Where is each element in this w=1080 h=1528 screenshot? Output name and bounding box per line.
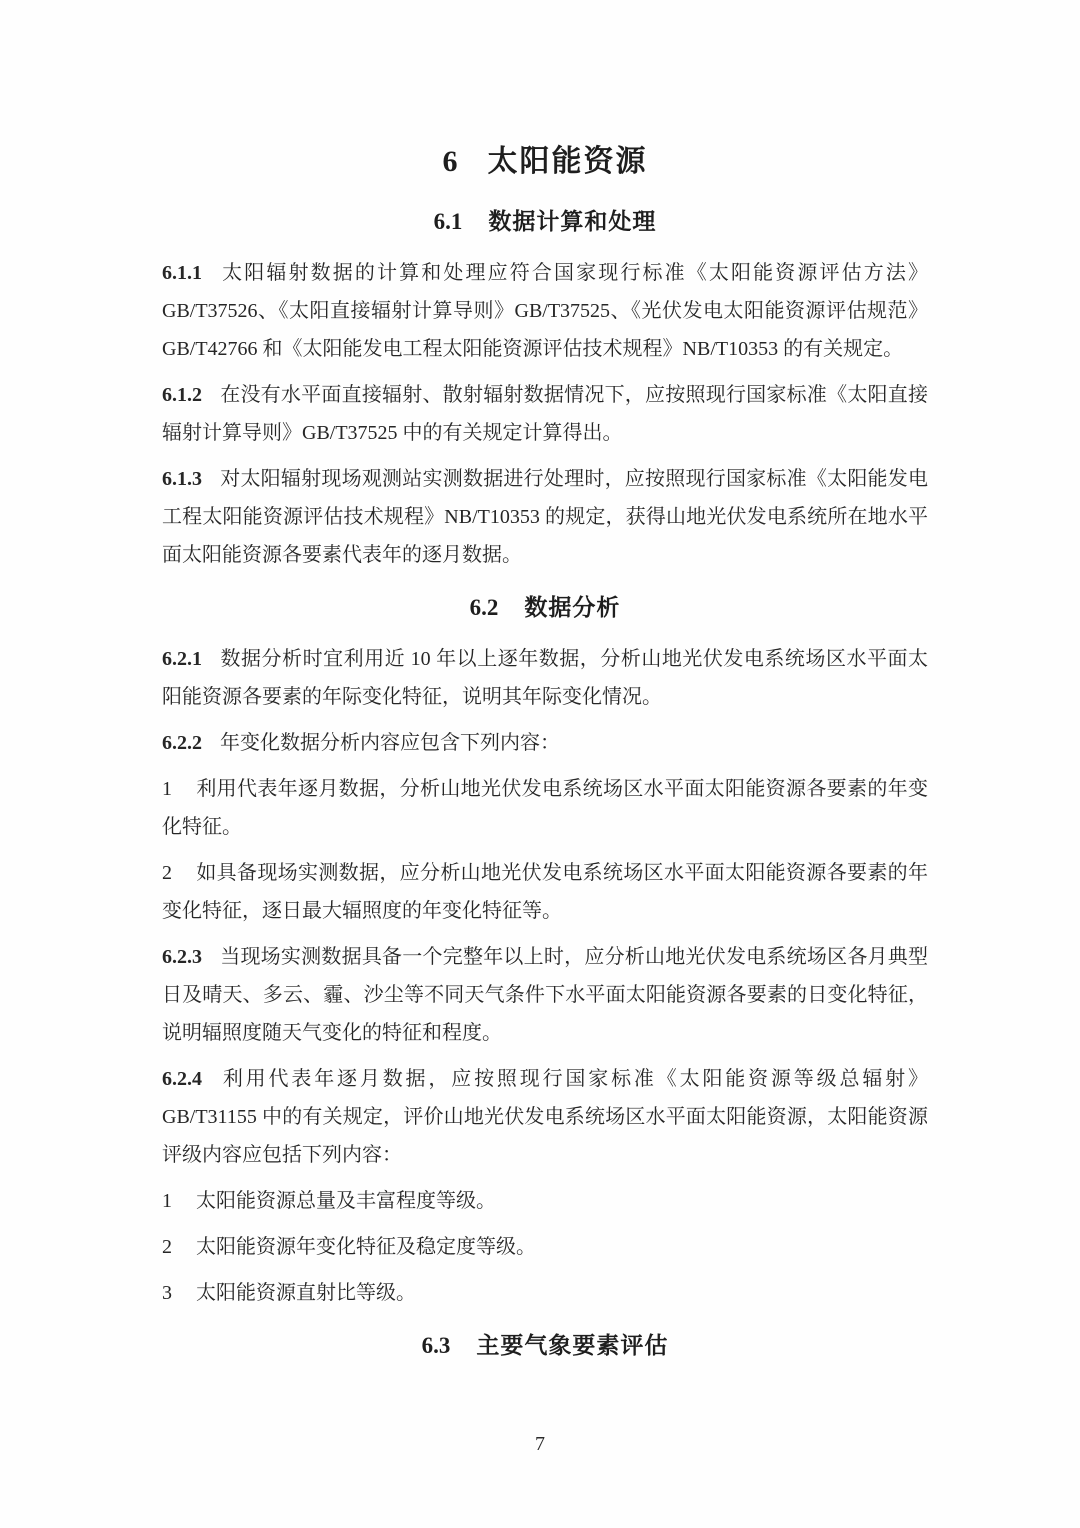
section-title-text: 主要气象要素评估 bbox=[476, 1333, 668, 1359]
paragraph-6-2-4: 6.2.4利用代表年逐月数据，应按照现行国家标准《太阳能资源等级总辐射》GB/T… bbox=[162, 1060, 928, 1174]
list-item-6-2-2-2: 2如具备现场实测数据，应分析山地光伏发电系统场区水平面太阳能资源各要素的年变化特… bbox=[162, 854, 928, 930]
section-number: 6.3 bbox=[422, 1333, 451, 1358]
section-heading-6-3: 6.3主要气象要素评估 bbox=[162, 1330, 928, 1362]
section-number: 6.1 bbox=[434, 209, 463, 234]
paragraph-6-2-1: 6.2.1数据分析时宜利用近 10 年以上逐年数据，分析山地光伏发电系统场区水平… bbox=[162, 640, 928, 716]
section-heading-6-2: 6.2数据分析 bbox=[162, 592, 928, 624]
list-item-6-2-2-1: 1利用代表年逐月数据，分析山地光伏发电系统场区水平面太阳能资源各要素的年变化特征… bbox=[162, 770, 928, 846]
paragraph-6-1-1: 6.1.1太阳辐射数据的计算和处理应符合国家现行标准《太阳能资源评估方法》GB/… bbox=[162, 254, 928, 368]
paragraph-text: 在没有水平面直接辐射、散射辐射数据情况下，应按照现行国家标准《太阳直接辐射计算导… bbox=[162, 384, 928, 444]
paragraph-6-2-2: 6.2.2年变化数据分析内容应包含下列内容： bbox=[162, 724, 928, 762]
paragraph-text: 当现场实测数据具备一个完整年以上时，应分析山地光伏发电系统场区各月典型日及晴天、… bbox=[162, 946, 928, 1044]
page-number: 7 bbox=[0, 1433, 1080, 1456]
list-item-text: 利用代表年逐月数据，分析山地光伏发电系统场区水平面太阳能资源各要素的年变化特征。 bbox=[162, 778, 928, 838]
paragraph-text: 对太阳辐射现场观测站实测数据进行处理时，应按照现行国家标准《太阳能发电工程太阳能… bbox=[162, 468, 928, 566]
paragraph-number: 6.1.3 bbox=[162, 468, 202, 490]
page-content: 6太阳能资源 6.1数据计算和处理 6.1.1太阳辐射数据的计算和处理应符合国家… bbox=[0, 0, 1080, 1362]
list-item-6-2-4-2: 2太阳能资源年变化特征及稳定度等级。 bbox=[162, 1228, 928, 1266]
paragraph-6-1-2: 6.1.2在没有水平面直接辐射、散射辐射数据情况下，应按照现行国家标准《太阳直接… bbox=[162, 376, 928, 452]
paragraph-text: 太阳辐射数据的计算和处理应符合国家现行标准《太阳能资源评估方法》GB/T3752… bbox=[162, 262, 928, 360]
paragraph-number: 6.2.4 bbox=[162, 1068, 202, 1090]
list-item-number: 1 bbox=[162, 1190, 172, 1212]
paragraph-number: 6.1.1 bbox=[162, 262, 202, 284]
section-number: 6.2 bbox=[470, 595, 499, 620]
list-item-number: 3 bbox=[162, 1282, 172, 1304]
paragraph-number: 6.2.3 bbox=[162, 946, 202, 968]
list-item-text: 如具备现场实测数据，应分析山地光伏发电系统场区水平面太阳能资源各要素的年变化特征… bbox=[162, 862, 928, 922]
list-item-number: 2 bbox=[162, 1236, 172, 1258]
document-page: 6太阳能资源 6.1数据计算和处理 6.1.1太阳辐射数据的计算和处理应符合国家… bbox=[0, 0, 1080, 1528]
paragraph-6-2-3: 6.2.3当现场实测数据具备一个完整年以上时，应分析山地光伏发电系统场区各月典型… bbox=[162, 938, 928, 1052]
chapter-title: 6太阳能资源 bbox=[162, 142, 928, 182]
section-heading-6-1: 6.1数据计算和处理 bbox=[162, 206, 928, 238]
paragraph-text: 数据分析时宜利用近 10 年以上逐年数据，分析山地光伏发电系统场区水平面太阳能资… bbox=[162, 648, 928, 708]
list-item-number: 2 bbox=[162, 862, 172, 884]
list-item-text: 太阳能资源年变化特征及稳定度等级。 bbox=[196, 1236, 536, 1258]
list-item-6-2-4-1: 1太阳能资源总量及丰富程度等级。 bbox=[162, 1182, 928, 1220]
paragraph-text: 利用代表年逐月数据，应按照现行国家标准《太阳能资源等级总辐射》GB/T31155… bbox=[162, 1068, 928, 1166]
section-title-text: 数据计算和处理 bbox=[488, 209, 656, 235]
chapter-number: 6 bbox=[443, 145, 458, 178]
paragraph-number: 6.1.2 bbox=[162, 384, 202, 406]
list-item-number: 1 bbox=[162, 778, 172, 800]
paragraph-6-1-3: 6.1.3对太阳辐射现场观测站实测数据进行处理时，应按照现行国家标准《太阳能发电… bbox=[162, 460, 928, 574]
paragraph-number: 6.2.1 bbox=[162, 648, 202, 670]
chapter-title-text: 太阳能资源 bbox=[488, 144, 648, 179]
list-item-text: 太阳能资源直射比等级。 bbox=[196, 1282, 416, 1304]
paragraph-text: 年变化数据分析内容应包含下列内容： bbox=[220, 732, 560, 754]
paragraph-number: 6.2.2 bbox=[162, 732, 202, 754]
list-item-6-2-4-3: 3太阳能资源直射比等级。 bbox=[162, 1274, 928, 1312]
list-item-text: 太阳能资源总量及丰富程度等级。 bbox=[196, 1190, 496, 1212]
section-title-text: 数据分析 bbox=[524, 595, 620, 621]
